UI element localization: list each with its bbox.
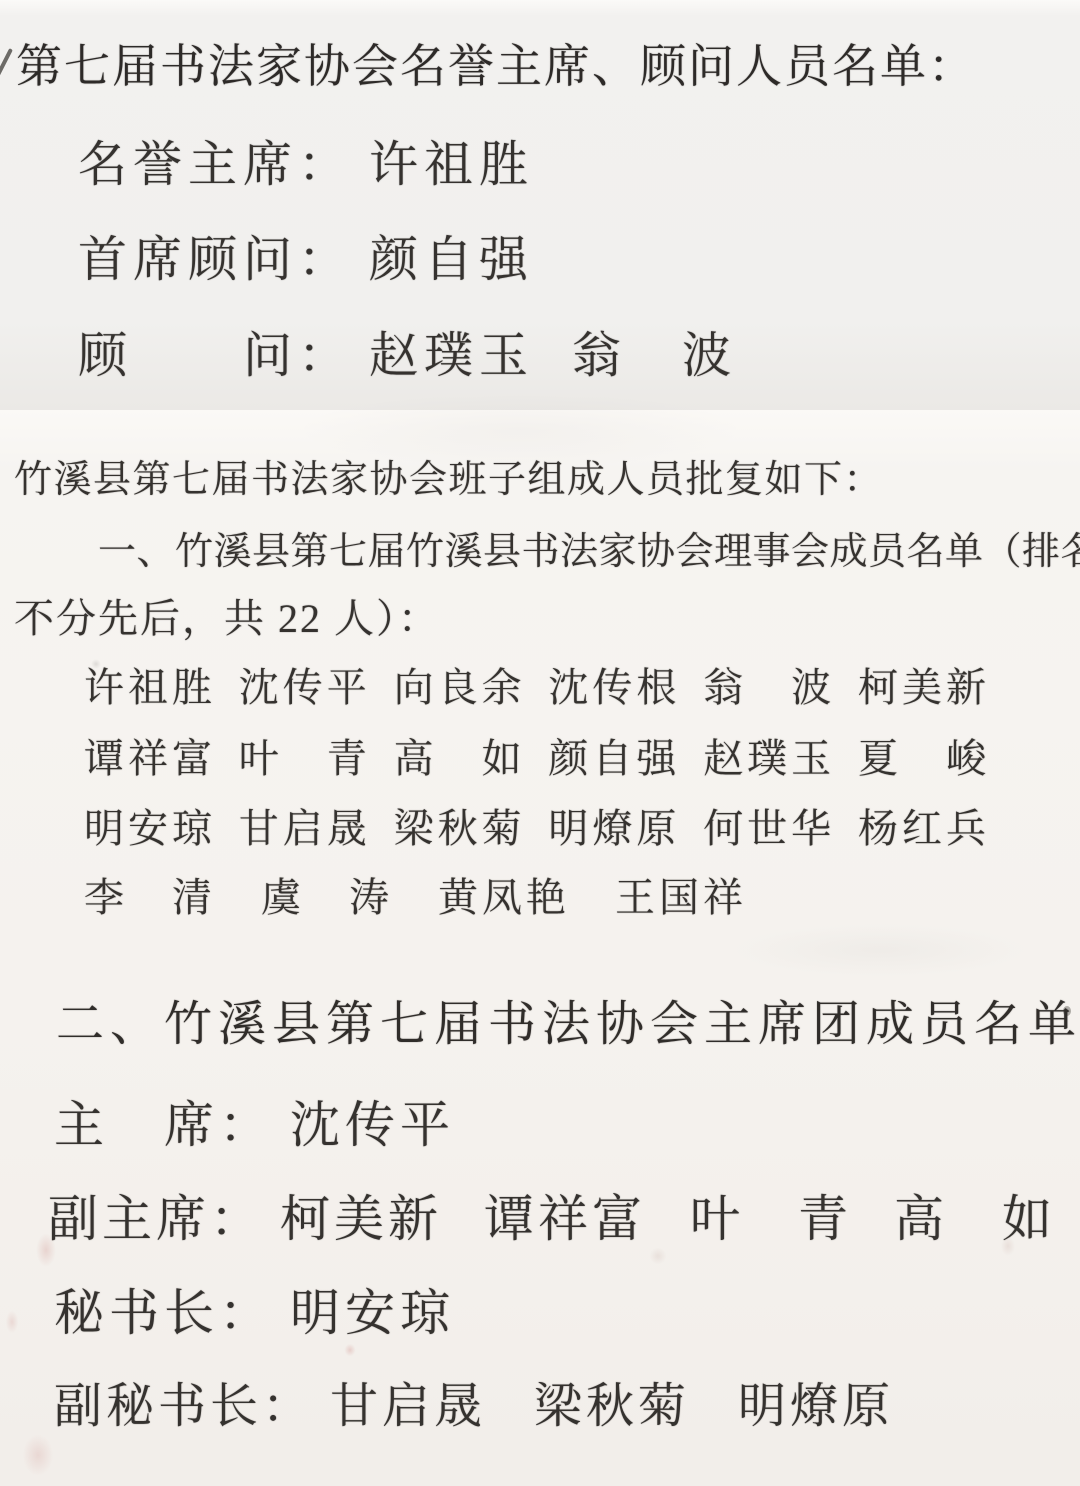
- honorary-chairman-name: 许祖胜: [369, 137, 534, 192]
- vice-chairmen-line: 副主席：柯美新谭祥富叶 青高 如: [48, 1179, 1056, 1251]
- chairman-line: 主 席：沈传平: [54, 1085, 455, 1157]
- council-member: 柯美新: [858, 656, 990, 713]
- chairman-label: 主 席：: [54, 1097, 274, 1153]
- council-member: 杨红兵: [858, 797, 990, 854]
- council-member: 李 清: [84, 866, 216, 923]
- advisor-name: 翁 波: [572, 328, 737, 383]
- council-member: 向良余: [394, 656, 526, 713]
- honorary-chairman-label: 名誉主席：: [78, 137, 353, 192]
- vice-chairman-name: 高 如: [894, 1191, 1056, 1247]
- council-member: 明安琼: [84, 797, 216, 854]
- secretary-general-label: 秘书长：: [54, 1285, 274, 1341]
- approval-intro: 竹溪县第七届书法家协会班子组成人员批复如下：: [14, 448, 883, 503]
- council-member: 谭祥富: [84, 727, 216, 784]
- honorary-chairman-line: 名誉主席：许祖胜: [78, 126, 534, 196]
- council-heading-line2: 不分先后，共 22 人）：: [14, 587, 440, 644]
- advisors-label: 顾 问：: [78, 328, 353, 383]
- council-member: 许祖胜: [84, 656, 216, 713]
- secretary-general-line: 秘书长：明安琼: [54, 1273, 455, 1345]
- council-member: 虞 涛: [261, 866, 393, 923]
- advisor-name: 赵璞玉: [369, 328, 534, 383]
- chief-advisor-label: 首席顾问：: [78, 232, 353, 287]
- vice-chairman-name: 叶 青: [690, 1191, 852, 1247]
- council-row-4: 李 清 虞 涛 黄凤艳 王国祥: [84, 866, 990, 923]
- chief-advisor-name: 颜自强: [369, 232, 534, 287]
- council-member: 夏 峻: [858, 727, 990, 784]
- scanned-document-page: 第七届书法家协会名誉主席、顾问人员名单： 名誉主席：许祖胜 首席顾问：颜自强 顾…: [0, 0, 1080, 1486]
- council-member: 甘启晟: [239, 797, 371, 854]
- presidium-heading: 二、竹溪县第七届书法协会主席团成员名单: [56, 985, 1080, 1054]
- document-title: 第七届书法家协会名誉主席、顾问人员名单：: [16, 30, 976, 96]
- council-member: 黄凤艳: [438, 866, 570, 923]
- council-member: 王国祥: [615, 866, 747, 923]
- council-member: 翁 波: [703, 656, 835, 713]
- council-member: 沈传平: [239, 656, 371, 713]
- council-row-2: 谭祥富 叶 青 高 如 颜自强 赵璞玉 夏 峻: [84, 727, 990, 784]
- council-row-1: 许祖胜 沈传平 向良余 沈传根 翁 波 柯美新: [84, 656, 990, 713]
- deputy-secretaries-label: 副秘书长：: [54, 1380, 314, 1433]
- council-member: 高 如: [394, 727, 526, 784]
- council-member: 明燎原: [548, 797, 680, 854]
- council-member: 赵璞玉: [703, 727, 835, 784]
- deputy-secretary-name: 甘启晟: [330, 1380, 486, 1433]
- secretary-general-name: 明安琼: [290, 1285, 455, 1341]
- council-member: 叶 青: [239, 727, 371, 784]
- council-row-3: 明安琼 甘启晟 梁秋菊 明燎原 何世华 杨红兵: [84, 797, 990, 854]
- advisors-line: 顾 问：赵璞玉翁 波: [78, 317, 737, 387]
- council-member: 颜自强: [548, 727, 680, 784]
- chief-advisor-line: 首席顾问：颜自强: [78, 221, 534, 291]
- vice-chairman-name: 谭祥富: [484, 1191, 646, 1247]
- council-heading-line1: 一、竹溪县第七届竹溪县书法家协会理事会成员名单（排名: [98, 520, 1080, 575]
- council-member: 何世华: [703, 797, 835, 854]
- deputy-secretary-name: 明燎原: [738, 1380, 894, 1433]
- vice-chairman-name: 柯美新: [280, 1191, 442, 1247]
- council-member: 沈传根: [548, 656, 680, 713]
- deputy-secretaries-line: 副秘书长：甘启晟梁秋菊明燎原: [54, 1367, 894, 1436]
- chairman-name: 沈传平: [290, 1097, 455, 1153]
- council-member: 梁秋菊: [394, 797, 526, 854]
- deputy-secretary-name: 梁秋菊: [534, 1380, 690, 1433]
- vice-chairmen-label: 副主席：: [48, 1191, 264, 1247]
